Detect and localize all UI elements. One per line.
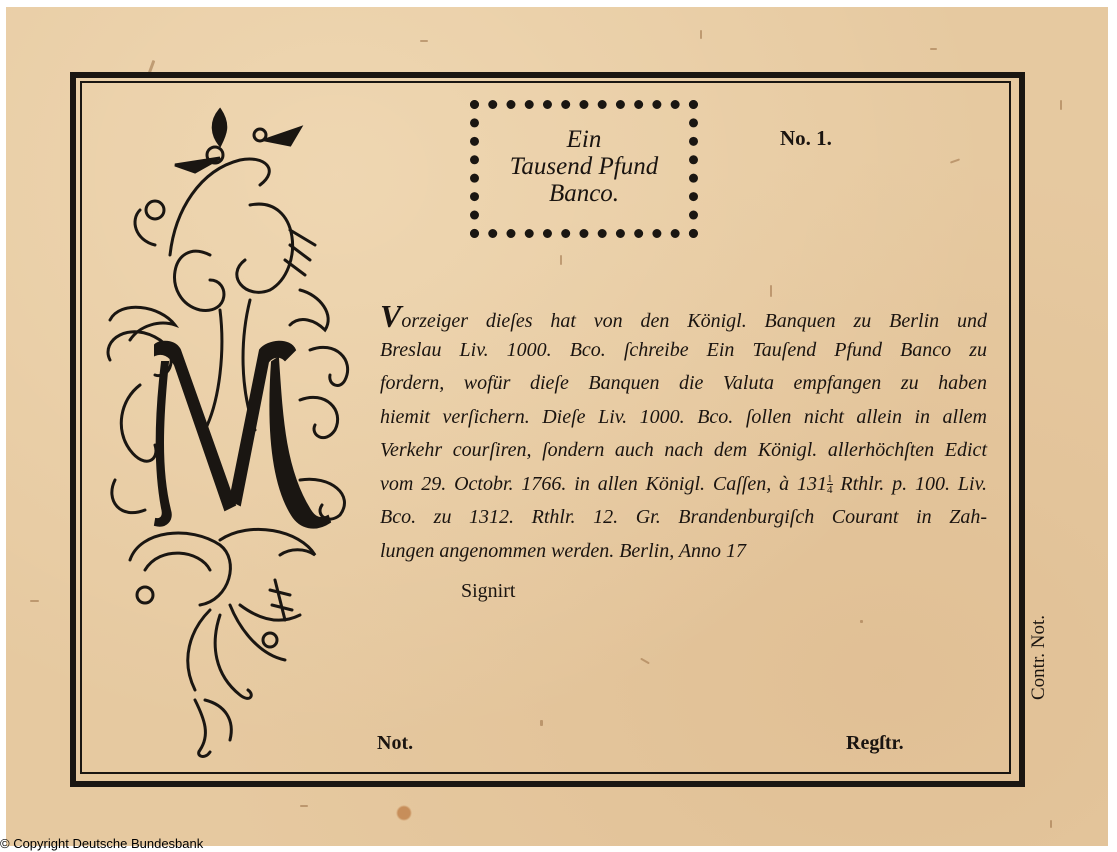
denomination-line-1: Ein — [470, 126, 698, 153]
controller-label: Contr. Not. — [1028, 615, 1050, 700]
denomination-text: Ein Tausend Pfund Banco. — [470, 126, 698, 207]
notary-label: Not. — [377, 732, 413, 755]
body-line-6-a: vom 29. Octobr. 1766. in allen Königl. C… — [380, 473, 827, 495]
body-line-5: Verkehr courſiren, ſondern auch nach dem… — [380, 434, 987, 468]
signature-label: Signirt — [461, 580, 515, 603]
body-line-1-text: orzeiger dieſes hat von den Königl. Banq… — [401, 310, 987, 332]
body-line-2: Breslau Liv. 1000. Bco. ſchreibe Ein Tau… — [380, 334, 987, 368]
denomination-box: Ein Tausend Pfund Banco. — [470, 100, 698, 238]
ornamental-initial-m — [100, 100, 360, 760]
body-line-6: vom 29. Octobr. 1766. in allen Königl. C… — [380, 468, 987, 502]
body-line-7: Bco. zu 1312. Rthlr. 12. Gr. Brandenburg… — [380, 501, 987, 535]
denomination-line-2: Tausend Pfund — [470, 153, 698, 180]
register-label: Regſtr. — [846, 732, 904, 755]
body-line-6-b: Rthlr. p. 100. Liv. — [833, 473, 988, 495]
denomination-line-3: Banco. — [470, 180, 698, 207]
body-line-4: hiemit verſichern. Dieſe Liv. 1000. Bco.… — [380, 401, 987, 435]
body-text: Vorzeiger dieſes hat von den Königl. Ban… — [380, 300, 987, 568]
drop-cap: V — [380, 298, 401, 334]
body-line-1: Vorzeiger dieſes hat von den Königl. Ban… — [380, 300, 987, 334]
body-line-3: fordern, wofür dieſe Banquen die Valuta … — [380, 367, 987, 401]
copyright-notice: © Copyright Deutsche Bundesbank — [0, 836, 203, 851]
serial-number: No. 1. — [780, 126, 832, 151]
body-line-8: lungen angenommen werden. Berlin, Anno 1… — [380, 535, 987, 569]
